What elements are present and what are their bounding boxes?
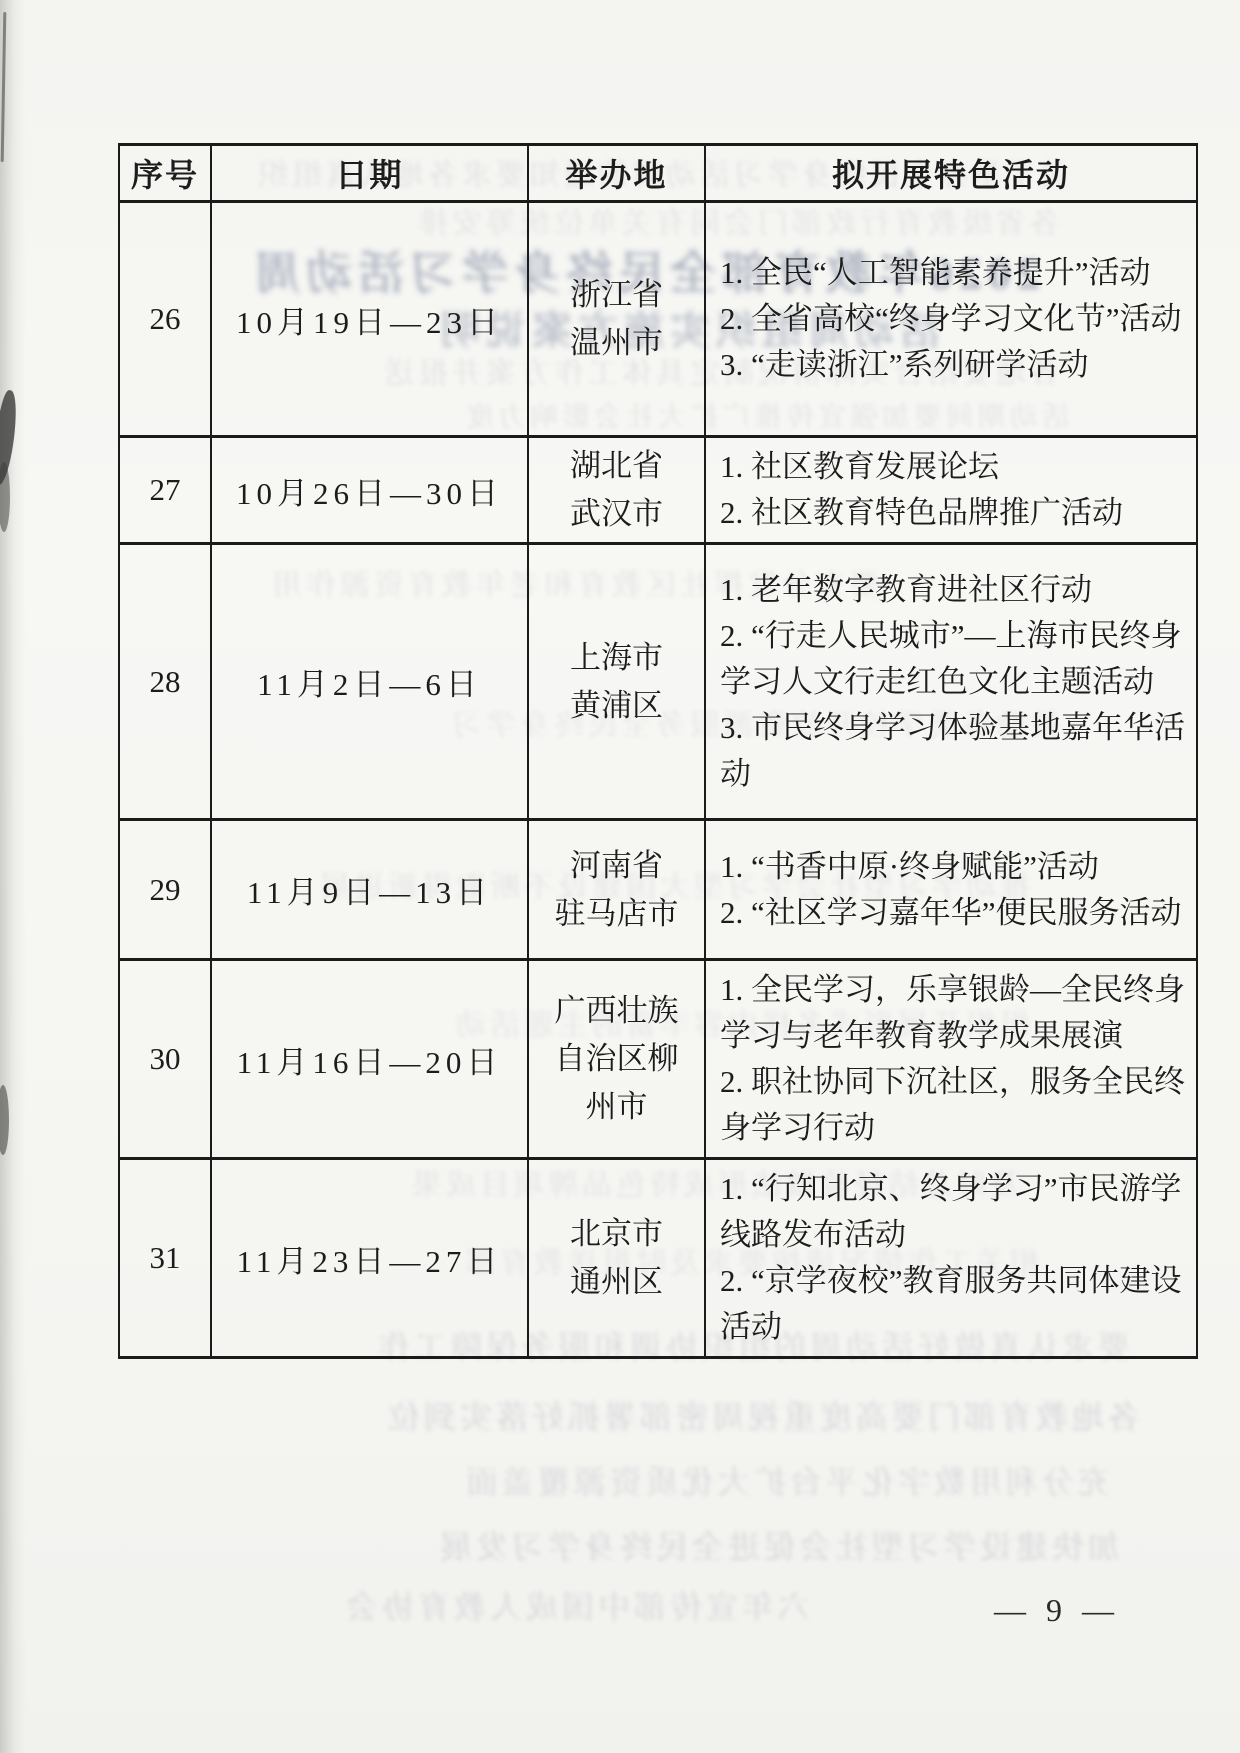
table-row: 27 10月26日—30日 湖北省 武汉市 1. 社区教育发展论坛 2. 社区教… <box>119 437 1197 544</box>
activity-item: 2. 社区教育特色品牌推广活动 <box>720 490 1188 536</box>
activity-item: 3. “走读浙江”系列研学活动 <box>720 342 1188 388</box>
venue-line: 上海市 <box>531 634 702 682</box>
cell-activities: 1. “书香中原·终身赋能”活动 2. “社区学习嘉年华”便民服务活动 <box>705 820 1197 960</box>
activity-item: 2. 全省高校“终身学习文化节”活动 <box>720 296 1188 342</box>
header-activity: 拟开展特色活动 <box>705 145 1197 202</box>
bleed-through-text: 充分利用数字化平台扩大优质资源覆盖面 <box>370 1457 1110 1503</box>
table-row: 29 11月9日—13日 河南省 驻马店市 1. “书香中原·终身赋能”活动 2… <box>119 820 1197 960</box>
venue-line: 通州区 <box>531 1258 702 1306</box>
activity-item: 1. 社区教育发展论坛 <box>720 444 1188 490</box>
cell-no: 28 <box>119 544 211 820</box>
cell-no: 29 <box>119 820 211 960</box>
cell-activities: 1. 全民“人工智能素养提升”活动 2. 全省高校“终身学习文化节”活动 3. … <box>705 202 1197 437</box>
venue-line: 广西壮族 <box>531 987 702 1035</box>
page-number: — 9 — <box>900 1592 1120 1629</box>
venue-line: 自治区柳 <box>531 1035 702 1083</box>
bleed-through-text: 六年宣传部中国成人教育协会 <box>130 1582 810 1628</box>
activity-item: 1. 全民学习，乐享银龄—全民终身学习与老年教育教学成果展演 <box>720 967 1188 1059</box>
activity-item: 1. “行知北京、终身学习”市民游学线路发布活动 <box>720 1166 1188 1258</box>
cell-date: 10月26日—30日 <box>211 437 528 544</box>
cell-venue: 湖北省 武汉市 <box>528 437 705 544</box>
venue-line: 浙江省 <box>531 271 702 319</box>
cell-date: 11月9日—13日 <box>211 820 528 960</box>
venue-line: 北京市 <box>531 1210 702 1258</box>
cell-activities: 1. 老年数字教育进社区行动 2. “行走人民城市”—上海市民终身学习人文行走红… <box>705 544 1197 820</box>
cell-no: 26 <box>119 202 211 437</box>
venue-line: 州市 <box>531 1083 702 1131</box>
cell-date: 10月19日—23日 <box>211 202 528 437</box>
cell-no: 27 <box>119 437 211 544</box>
table-row: 31 11月23日—27日 北京市 通州区 1. “行知北京、终身学习”市民游学… <box>119 1159 1197 1358</box>
table-row: 30 11月16日—20日 广西壮族 自治区柳 州市 1. 全民学习，乐享银龄—… <box>119 960 1197 1159</box>
cell-no: 30 <box>119 960 211 1159</box>
activity-item: 3. 市民终身学习体验基地嘉年华活动 <box>720 705 1188 797</box>
activity-item: 2. “社区学习嘉年华”便民服务活动 <box>720 890 1188 936</box>
cell-activities: 1. “行知北京、终身学习”市民游学线路发布活动 2. “京学夜校”教育服务共同… <box>705 1159 1197 1358</box>
venue-line: 河南省 <box>531 842 702 890</box>
header-date: 日期 <box>211 145 528 202</box>
activity-item: 2. 职社协同下沉社区，服务全民终身学习行动 <box>720 1059 1188 1151</box>
bleed-through-text: 加快建设学习型社会促进全民终身学习发展 <box>140 1522 1120 1568</box>
table-header-row: 序号 日期 举办地 拟开展特色活动 <box>119 145 1197 202</box>
schedule-table: 序号 日期 举办地 拟开展特色活动 26 10月19日—23日 浙江省 温州市 … <box>118 143 1198 1359</box>
activity-item: 2. “京学夜校”教育服务共同体建设活动 <box>720 1258 1188 1350</box>
venue-line: 武汉市 <box>531 490 702 538</box>
header-venue: 举办地 <box>528 145 705 202</box>
scan-edge-shadow <box>0 0 26 1753</box>
venue-line: 黄浦区 <box>531 682 702 730</box>
cell-venue: 北京市 通州区 <box>528 1159 705 1358</box>
cell-date: 11月16日—20日 <box>211 960 528 1159</box>
activity-item: 1. 老年数字教育进社区行动 <box>720 567 1188 613</box>
venue-line: 温州市 <box>531 319 702 367</box>
table-row: 26 10月19日—23日 浙江省 温州市 1. 全民“人工智能素养提升”活动 … <box>119 202 1197 437</box>
cell-date: 11月2日—6日 <box>211 544 528 820</box>
venue-line: 驻马店市 <box>531 890 702 938</box>
cell-venue: 河南省 驻马店市 <box>528 820 705 960</box>
venue-line: 湖北省 <box>531 442 702 490</box>
activity-item: 1. “书香中原·终身赋能”活动 <box>720 844 1188 890</box>
cell-venue: 上海市 黄浦区 <box>528 544 705 820</box>
cell-venue: 广西壮族 自治区柳 州市 <box>528 960 705 1159</box>
table-row: 28 11月2日—6日 上海市 黄浦区 1. 老年数字教育进社区行动 2. “行… <box>119 544 1197 820</box>
activity-item: 2. “行走人民城市”—上海市民终身学习人文行走红色文化主题活动 <box>720 613 1188 705</box>
cell-activities: 1. 全民学习，乐享银龄—全民终身学习与老年教育教学成果展演 2. 职社协同下沉… <box>705 960 1197 1159</box>
bleed-through-text: 各地教育部门要高度重视周密部署抓好落实到位 <box>220 1392 1140 1438</box>
activity-item: 1. 全民“人工智能素养提升”活动 <box>720 250 1188 296</box>
cell-activities: 1. 社区教育发展论坛 2. 社区教育特色品牌推广活动 <box>705 437 1197 544</box>
cell-no: 31 <box>119 1159 211 1358</box>
header-no: 序号 <box>119 145 211 202</box>
cell-date: 11月23日—27日 <box>211 1159 528 1358</box>
scanned-page: 关于举办全民终身学习活动周的通知要求各地认真组织 各省级教育行政部门会同有关单位… <box>0 0 1240 1753</box>
cell-venue: 浙江省 温州市 <box>528 202 705 437</box>
